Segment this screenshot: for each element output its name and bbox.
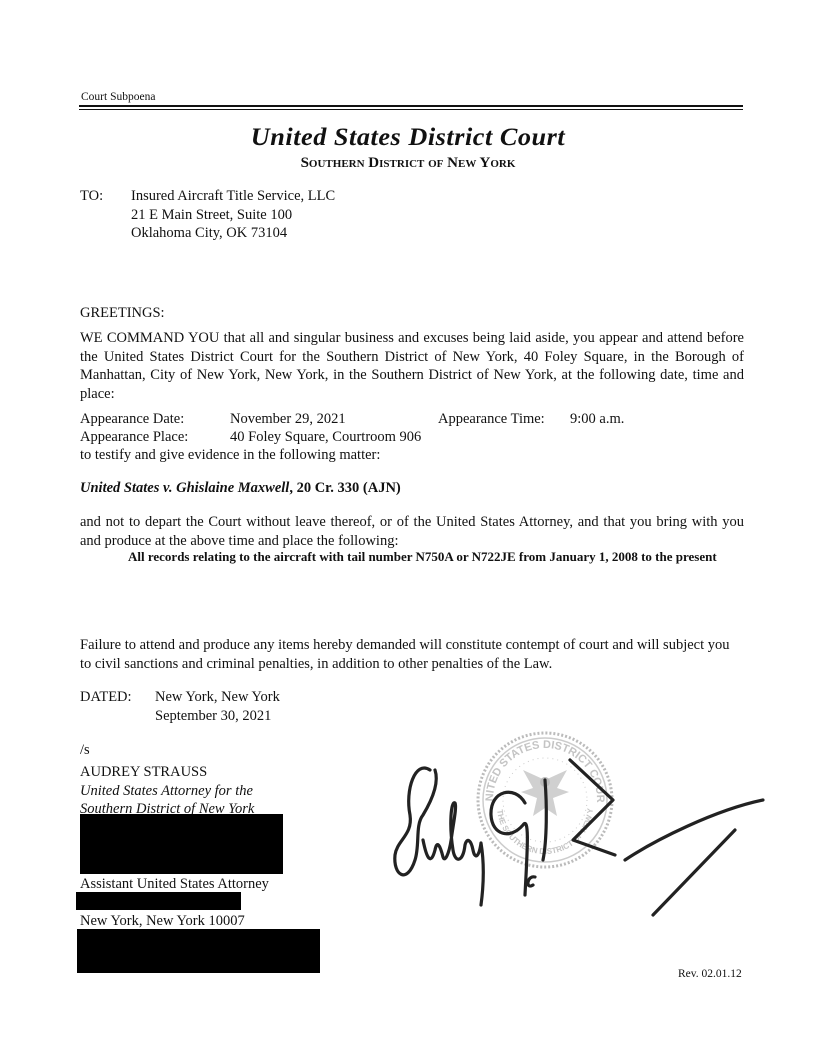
- header-rule: [79, 105, 743, 107]
- attorney-name: AUDREY STRAUSS: [80, 763, 254, 782]
- dated-date: September 30, 2021: [155, 707, 280, 726]
- recipient-label: TO:: [80, 187, 103, 206]
- appearance-time-label: Appearance Time:: [438, 410, 570, 429]
- failure-warning: Failure to attend and produce any items …: [80, 636, 744, 673]
- signature-icon: [385, 745, 775, 925]
- signature-mark: /s: [80, 741, 90, 760]
- office-city: New York, New York 10007: [80, 912, 245, 931]
- greeting: GREETINGS:: [80, 304, 165, 323]
- attorney-block: AUDREY STRAUSS United States Attorney fo…: [80, 763, 254, 819]
- court-name: United States District Court: [0, 124, 816, 152]
- case-caption: United States v. Ghislaine Maxwell, 20 C…: [80, 479, 401, 498]
- dated-block: New York, New York September 30, 2021: [155, 688, 280, 725]
- requested-items: All records relating to the aircraft wit…: [128, 548, 745, 566]
- redaction-box: [77, 929, 320, 973]
- revision-number: Rev. 02.01.12: [678, 968, 742, 980]
- appearance-date-label: Appearance Date:: [80, 410, 230, 429]
- appearance-place-row: Appearance Place:40 Foley Square, Courtr…: [80, 428, 421, 447]
- command-paragraph: WE COMMAND YOU that all and singular bus…: [80, 329, 744, 403]
- appearance-date-value: November 29, 2021: [230, 410, 438, 429]
- appearance-place-value: 40 Foley Square, Courtroom 906: [230, 429, 421, 445]
- appearance-place-label: Appearance Place:: [80, 428, 230, 447]
- case-name: United States v. Ghislaine Maxwell: [80, 480, 289, 496]
- redaction-box: [80, 814, 283, 874]
- production-paragraph: and not to depart the Court without leav…: [80, 513, 744, 550]
- assistant-title: Assistant United States Attorney: [80, 875, 269, 894]
- testify-text: to testify and give evidence in the foll…: [80, 446, 380, 465]
- attorney-title: United States Attorney for the: [80, 782, 254, 801]
- appearance-date-row: Appearance Date:November 29, 2021Appeara…: [80, 410, 624, 429]
- recipient-line: Oklahoma City, OK 73104: [131, 224, 335, 243]
- recipient-line: 21 E Main Street, Suite 100: [131, 206, 335, 225]
- appearance-time-value: 9:00 a.m.: [570, 411, 624, 427]
- recipient-line: Insured Aircraft Title Service, LLC: [131, 187, 335, 206]
- dated-place: New York, New York: [155, 688, 280, 707]
- document-type-label: Court Subpoena: [81, 91, 155, 103]
- recipient-address: Insured Aircraft Title Service, LLC 21 E…: [131, 187, 335, 243]
- dated-label: DATED:: [80, 688, 132, 707]
- redaction-box: [76, 892, 241, 910]
- header-rule-thin: [79, 109, 743, 110]
- case-number: , 20 Cr. 330 (AJN): [289, 480, 400, 496]
- court-district: Southern District of New York: [0, 155, 816, 172]
